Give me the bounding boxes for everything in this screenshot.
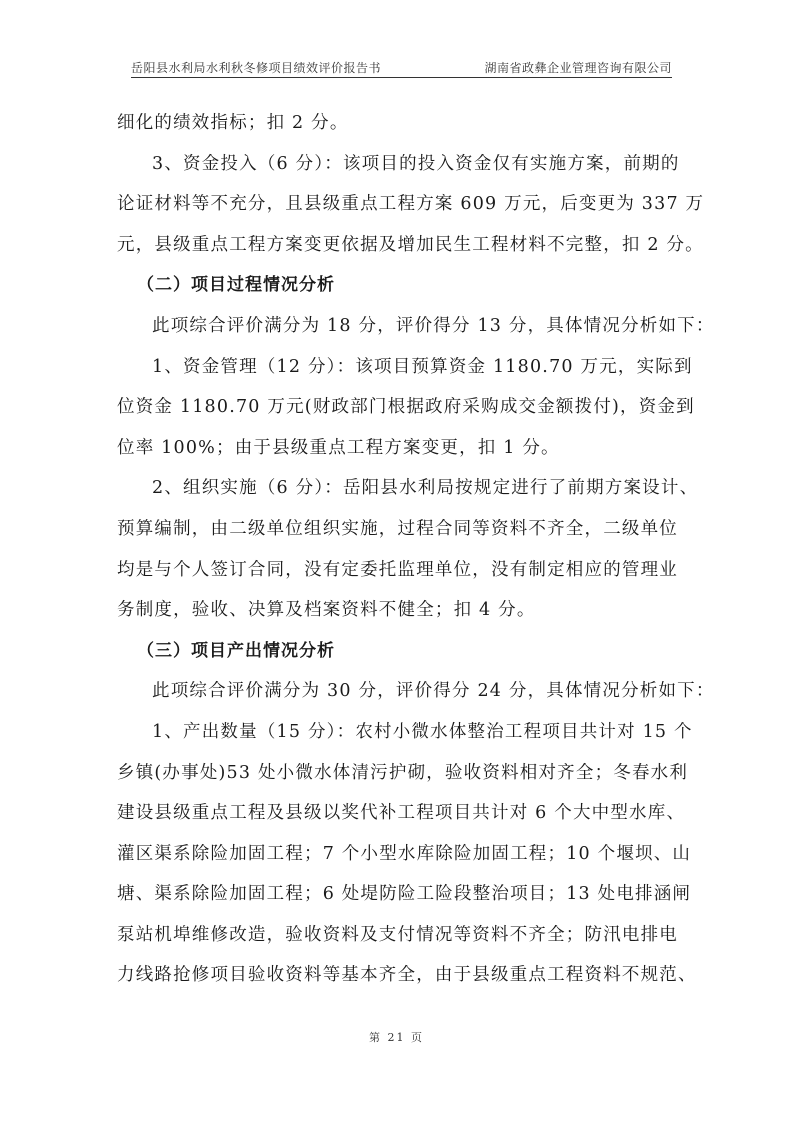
paragraph-line: 1、产出数量（15 分）：农村小微水体整治工程项目共计对 15 个 <box>117 712 677 753</box>
page-number: 第 21 页 <box>0 1029 793 1045</box>
section-heading-process: （二）项目过程情况分析 <box>117 265 677 306</box>
paragraph-line: 位率 100%；由于县级重点工程方案变更，扣 1 分。 <box>117 428 677 469</box>
header-report-title: 岳阳县水利局水利秋冬修项目绩效评价报告书 <box>131 59 381 76</box>
paragraph-line: 元，县级重点工程方案变更依据及增加民生工程材料不完整，扣 2 分。 <box>117 225 677 266</box>
paragraph-line: 1、资金管理（12 分）：该项目预算资金 1180.70 万元，实际到 <box>117 347 677 388</box>
page-body: 细化的绩效指标；扣 2 分。 3、资金投入（6 分）：该项目的投入资金仅有实施方… <box>117 103 677 996</box>
paragraph-line: 塘、渠系除险加固工程；6 处堤防险工险段整治项目；13 处电排涵闸 <box>117 874 677 915</box>
paragraph-line: 泵站机埠维修改造，验收资料及支付情况等资料不齐全；防汛电排电 <box>117 915 677 956</box>
paragraph-line: 2、组织实施（6 分）：岳阳县水利局按规定进行了前期方案设计、 <box>117 468 677 509</box>
paragraph-line: 均是与个人签订合同，没有定委托监理单位，没有制定相应的管理业 <box>117 550 677 591</box>
paragraph-line: 乡镇(办事处)53 处小微水体清污护砌，验收资料相对齐全；冬春水利 <box>117 753 677 794</box>
paragraph-line: 3、资金投入（6 分）：该项目的投入资金仅有实施方案，前期的 <box>117 144 677 185</box>
paragraph-line: 此项综合评价满分为 30 分，评价得分 24 分，具体情况分析如下： <box>117 671 677 712</box>
paragraph-line: 灌区渠系除险加固工程；7 个小型水库除险加固工程；10 个堰坝、山 <box>117 834 677 875</box>
paragraph-line: 建设县级重点工程及县级以奖代补工程项目共计对 6 个大中型水库、 <box>117 793 677 834</box>
paragraph-line: 务制度，验收、决算及档案资料不健全；扣 4 分。 <box>117 590 677 631</box>
paragraph-line: 预算编制，由二级单位组织实施，过程合同等资料不齐全，二级单位 <box>117 509 677 550</box>
paragraph-line: 力线路抢修项目验收资料等基本齐全，由于县级重点工程资料不规范、 <box>117 955 677 996</box>
page-header: 岳阳县水利局水利秋冬修项目绩效评价报告书 湖南省政彝企业管理咨询有限公司 <box>131 58 672 78</box>
paragraph-line: 此项综合评价满分为 18 分，评价得分 13 分，具体情况分析如下： <box>117 306 677 347</box>
paragraph-line: 论证材料等不充分，且县级重点工程方案 609 万元，后变更为 337 万 <box>117 184 677 225</box>
paragraph-line: 位资金 1180.70 万元(财政部门根据政府采购成交金额拨付)，资金到 <box>117 387 677 428</box>
section-heading-output: （三）项目产出情况分析 <box>117 631 677 672</box>
header-company-name: 湖南省政彝企业管理咨询有限公司 <box>484 59 672 76</box>
paragraph-line: 细化的绩效指标；扣 2 分。 <box>117 103 677 144</box>
